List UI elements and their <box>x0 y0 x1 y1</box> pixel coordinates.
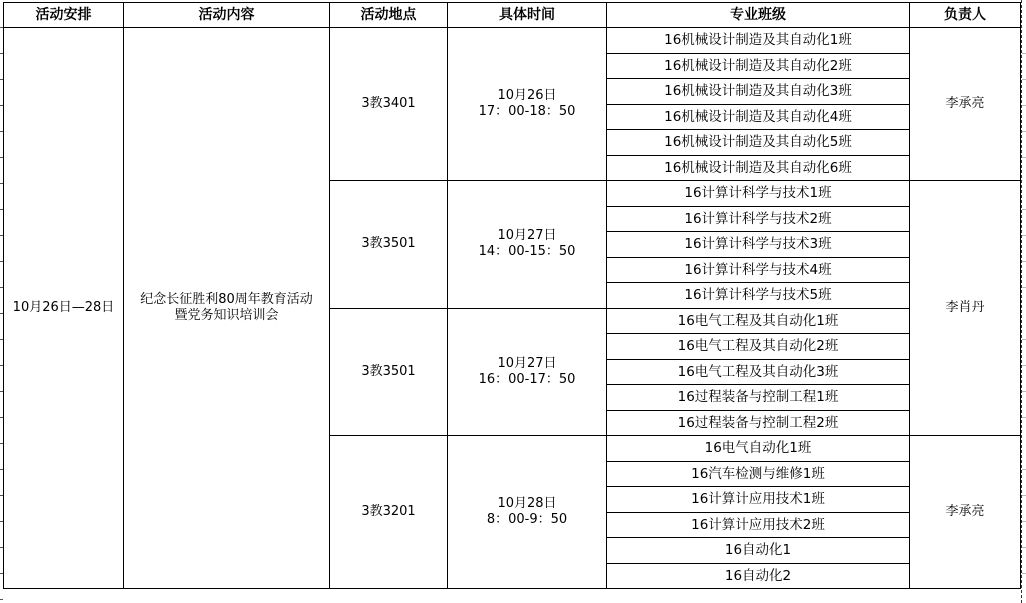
time-cell[interactable]: 10月27日 16：00-17：50 <box>448 308 607 436</box>
class-cell[interactable]: 16过程装备与控制工程1班 <box>607 385 910 411</box>
right-gridlines <box>1022 0 1026 603</box>
time-text: 17：00-18：50 <box>448 104 606 120</box>
leader-cell[interactable]: 李肖丹 <box>910 181 1021 436</box>
table-row: 10月26日—28日 纪念长征胜利80周年教育活动 暨党务知识培训会 3教340… <box>4 28 1021 54</box>
schedule-table: 活动安排 活动内容 活动地点 具体时间 专业班级 负责人 10月26日—28日 … <box>3 2 1021 589</box>
content-line-2: 暨党务知识培训会 <box>174 308 278 323</box>
class-cell[interactable]: 16机械设计制造及其自动化1班 <box>607 28 910 54</box>
class-cell[interactable]: 16电气自动化1班 <box>607 436 910 462</box>
header-schedule[interactable]: 活动安排 <box>4 3 124 28</box>
schedule-cell[interactable]: 10月26日—28日 <box>4 28 124 589</box>
class-cell[interactable]: 16机械设计制造及其自动化5班 <box>607 130 910 156</box>
location-cell[interactable]: 3教3501 <box>330 308 448 436</box>
class-cell[interactable]: 16电气工程及其自动化3班 <box>607 359 910 385</box>
header-time[interactable]: 具体时间 <box>448 3 607 28</box>
content-line-1: 纪念长征胜利80周年教育活动 <box>140 292 313 307</box>
date-text: 10月27日 <box>448 228 606 244</box>
class-cell[interactable]: 16机械设计制造及其自动化6班 <box>607 155 910 181</box>
leader-cell[interactable]: 李承亮 <box>910 436 1021 589</box>
class-cell[interactable]: 16计算计应用技术1班 <box>607 487 910 513</box>
time-text: 8：00-9：50 <box>448 512 606 528</box>
class-cell[interactable]: 16自动化2 <box>607 563 910 589</box>
class-cell[interactable]: 16过程装备与控制工程2班 <box>607 410 910 436</box>
time-cell[interactable]: 10月28日 8：00-9：50 <box>448 436 607 589</box>
class-cell[interactable]: 16机械设计制造及其自动化4班 <box>607 104 910 130</box>
date-text: 10月27日 <box>448 356 606 372</box>
header-leader[interactable]: 负责人 <box>910 3 1021 28</box>
class-cell[interactable]: 16自动化1 <box>607 538 910 564</box>
date-text: 10月26日 <box>448 88 606 104</box>
location-cell[interactable]: 3教3501 <box>330 181 448 309</box>
time-text: 14：00-15：50 <box>448 244 606 260</box>
class-cell[interactable]: 16计算计科学与技术2班 <box>607 206 910 232</box>
location-cell[interactable]: 3教3401 <box>330 28 448 181</box>
location-cell[interactable]: 3教3201 <box>330 436 448 589</box>
class-cell[interactable]: 16计算计科学与技术4班 <box>607 257 910 283</box>
header-content[interactable]: 活动内容 <box>124 3 330 28</box>
content-cell[interactable]: 纪念长征胜利80周年教育活动 暨党务知识培训会 <box>124 28 330 589</box>
class-cell[interactable]: 16电气工程及其自动化1班 <box>607 308 910 334</box>
header-location[interactable]: 活动地点 <box>330 3 448 28</box>
class-cell[interactable]: 16电气工程及其自动化2班 <box>607 334 910 360</box>
class-cell[interactable]: 16计算计科学与技术1班 <box>607 181 910 207</box>
class-cell[interactable]: 16机械设计制造及其自动化3班 <box>607 79 910 105</box>
class-cell[interactable]: 16计算计科学与技术3班 <box>607 232 910 258</box>
time-text: 16：00-17：50 <box>448 372 606 388</box>
leader-cell[interactable]: 李承亮 <box>910 28 1021 181</box>
date-text: 10月28日 <box>448 496 606 512</box>
class-cell[interactable]: 16计算计应用技术2班 <box>607 512 910 538</box>
time-cell[interactable]: 10月27日 14：00-15：50 <box>448 181 607 309</box>
class-cell[interactable]: 16汽车检测与维修1班 <box>607 461 910 487</box>
header-row: 活动安排 活动内容 活动地点 具体时间 专业班级 负责人 <box>4 3 1021 28</box>
class-cell[interactable]: 16计算计科学与技术5班 <box>607 283 910 309</box>
class-cell[interactable]: 16机械设计制造及其自动化2班 <box>607 53 910 79</box>
header-classes[interactable]: 专业班级 <box>607 3 910 28</box>
time-cell[interactable]: 10月26日 17：00-18：50 <box>448 28 607 181</box>
